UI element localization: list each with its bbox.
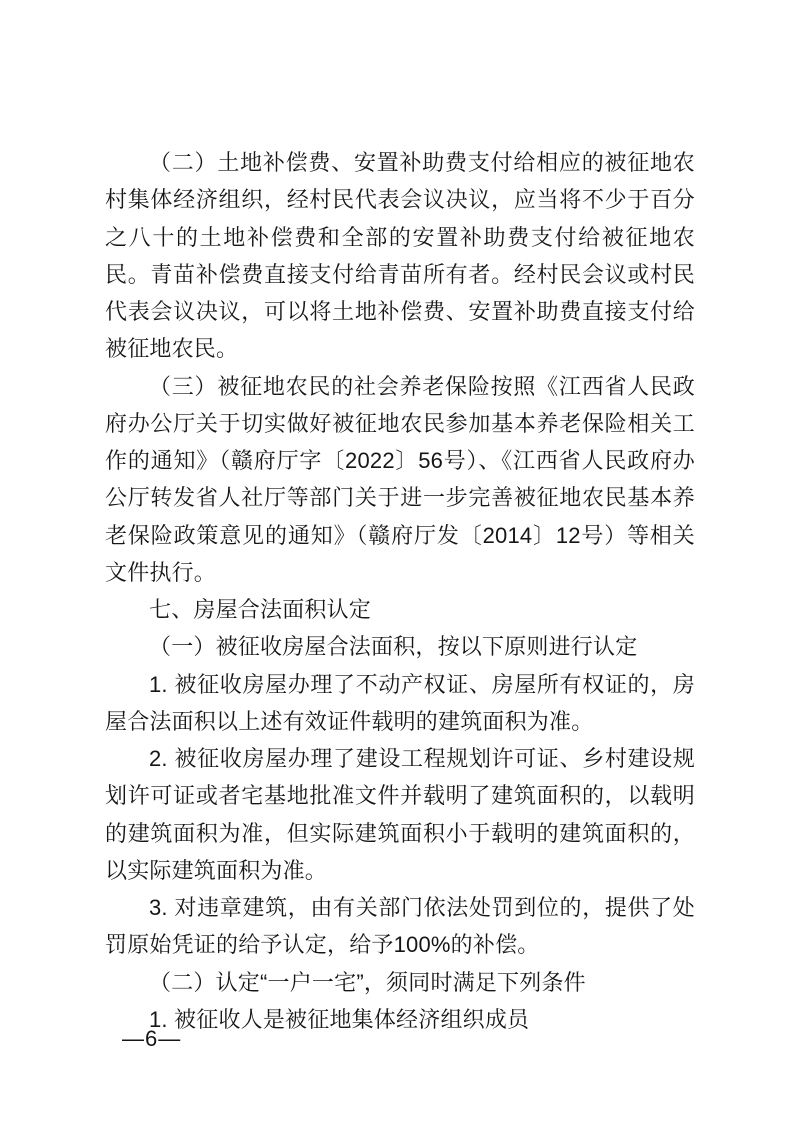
item-2-planning-permits: 2. 被征收房屋办理了建设工程规划许可证、乡村建设规划许可证或者宅基地批准文件并…: [105, 740, 695, 889]
para-land-compensation-payment: （二）土地补偿费、安置补助费支付给相应的被征地农村集体经济组织，经村民代表会议决…: [105, 144, 695, 368]
para-social-pension-insurance: （三）被征地农民的社会养老保险按照《江西省人民政府办公厅关于切实做好被征地农民参…: [105, 368, 695, 592]
item-1-collective-member: 1. 被征收人是被征地集体经济组织成员: [105, 1001, 695, 1038]
heading-subsection-one: （一）被征收房屋合法面积，按以下原则进行认定: [105, 628, 695, 665]
page-number: —6—: [122, 1026, 181, 1052]
document-body: （二）土地补偿费、安置补助费支付给相应的被征地农村集体经济组织，经村民代表会议决…: [105, 144, 695, 1038]
heading-section-seven: 七、房屋合法面积认定: [105, 591, 695, 628]
item-1-property-certificates: 1. 被征收房屋办理了不动产权证、房屋所有权证的，房屋合法面积以上述有效证件载明…: [105, 666, 695, 741]
document-page: （二）土地补偿费、安置补助费支付给相应的被征地农村集体经济组织，经村民代表会议决…: [0, 0, 793, 1122]
item-3-illegal-buildings: 3. 对违章建筑，由有关部门依法处罚到位的，提供了处罚原始凭证的给予认定，给予1…: [105, 889, 695, 964]
heading-subsection-two: （二）认定“一户一宅”，须同时满足下列条件: [105, 964, 695, 1001]
